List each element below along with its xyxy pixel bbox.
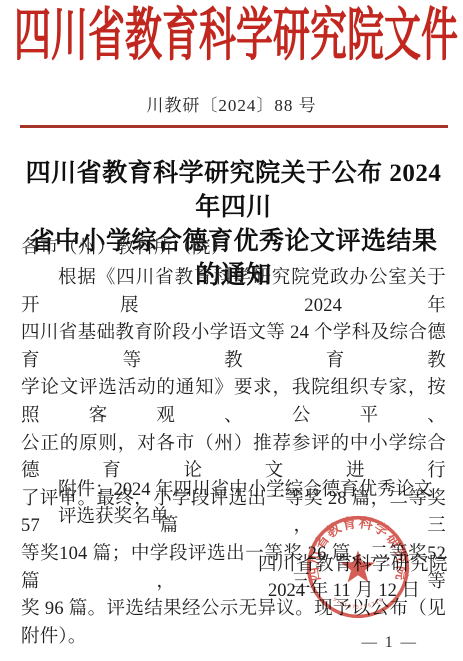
signature-block: 四川省教育科学研究院 2024 年 11 月 12 日	[21, 552, 448, 604]
document-number: 川教研〔2024〕88 号	[0, 96, 463, 116]
signature-name: 四川省教育科学研究院	[21, 552, 448, 578]
document-title-line: 四川省教育科学研究院关于公布 2024 年四川	[20, 157, 447, 225]
official-document-page: 四川省教育科学研究院文件 川教研〔2024〕88 号 四川省教育科学研究院关于公…	[0, 0, 463, 661]
body-line: 学论文评选活动的通知》要求，我院组织专家，按照客观、公平、	[21, 375, 446, 430]
body-line: 根据《四川省教育科学研究院党政办公室关于开展 2024 年	[21, 265, 446, 320]
body-line: 四川省基础教育阶段小学语文等 24 个学科及综合德育等教育教	[21, 320, 446, 375]
letterhead-title: 四川省教育科学研究院文件	[14, 8, 449, 65]
red-divider-rule	[20, 125, 448, 128]
signature-date: 2024 年 11 月 12 日	[21, 578, 448, 604]
page-number: — 1 —	[362, 634, 419, 652]
salutation: 各市（州）教科所（院）：	[21, 235, 240, 262]
attachment-line: 附件：2024 年四川省中小学综合德育优秀论文评选获奖名单	[21, 477, 446, 531]
